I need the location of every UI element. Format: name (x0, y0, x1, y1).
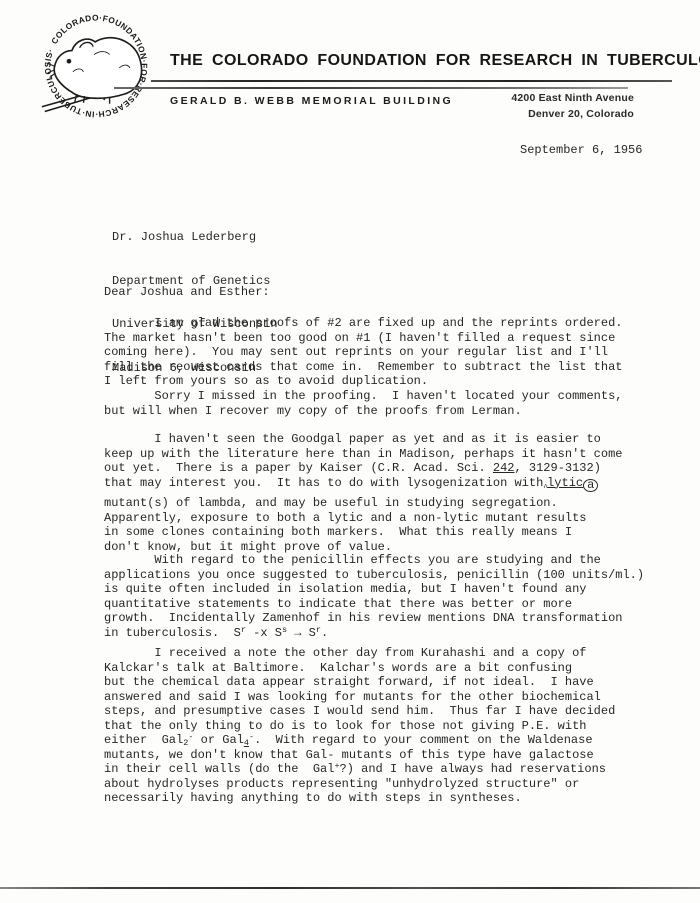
letter-date: September 6, 1956 (520, 143, 642, 158)
letterhead-rule-top (151, 80, 672, 82)
foundation-seal-logo: COLORADO·FOUNDATION·FOR·RESEARCH·IN·TUBE… (34, 8, 162, 128)
letter-paragraph-3: I haven't seen the Goodgal paper as yet … (104, 432, 622, 554)
letter-page: COLORADO·FOUNDATION·FOR·RESEARCH·IN·TUBE… (0, 0, 700, 903)
letter-paragraph-4: With regard to the penicillin effects yo… (104, 553, 644, 640)
letterhead-rule-bottom (114, 87, 628, 89)
letterhead-address: 4200 East Ninth Avenue Denver 20, Colora… (440, 90, 634, 122)
salutation: Dear Joshua and Esther: (104, 285, 270, 300)
building-name: GERALD B. WEBB MEMORIAL BUILDING (170, 95, 453, 107)
letterhead-address-line2: Denver 20, Colorado (440, 106, 634, 122)
letter-paragraph-5: I received a note the other day from Kur… (104, 646, 615, 806)
page-scan-edge (0, 887, 700, 889)
org-name-heading: THE COLORADO FOUNDATION FOR RESEARCH IN … (170, 52, 680, 70)
letter-paragraph-1: I am glad the proofs of #2 are fixed up … (104, 316, 622, 389)
letterhead-address-line1: 4200 East Ninth Avenue (440, 90, 634, 106)
recipient-line: Dr. Joshua Lederberg (112, 230, 278, 245)
letter-paragraph-2: Sorry I missed in the proofing. I haven'… (104, 389, 622, 418)
